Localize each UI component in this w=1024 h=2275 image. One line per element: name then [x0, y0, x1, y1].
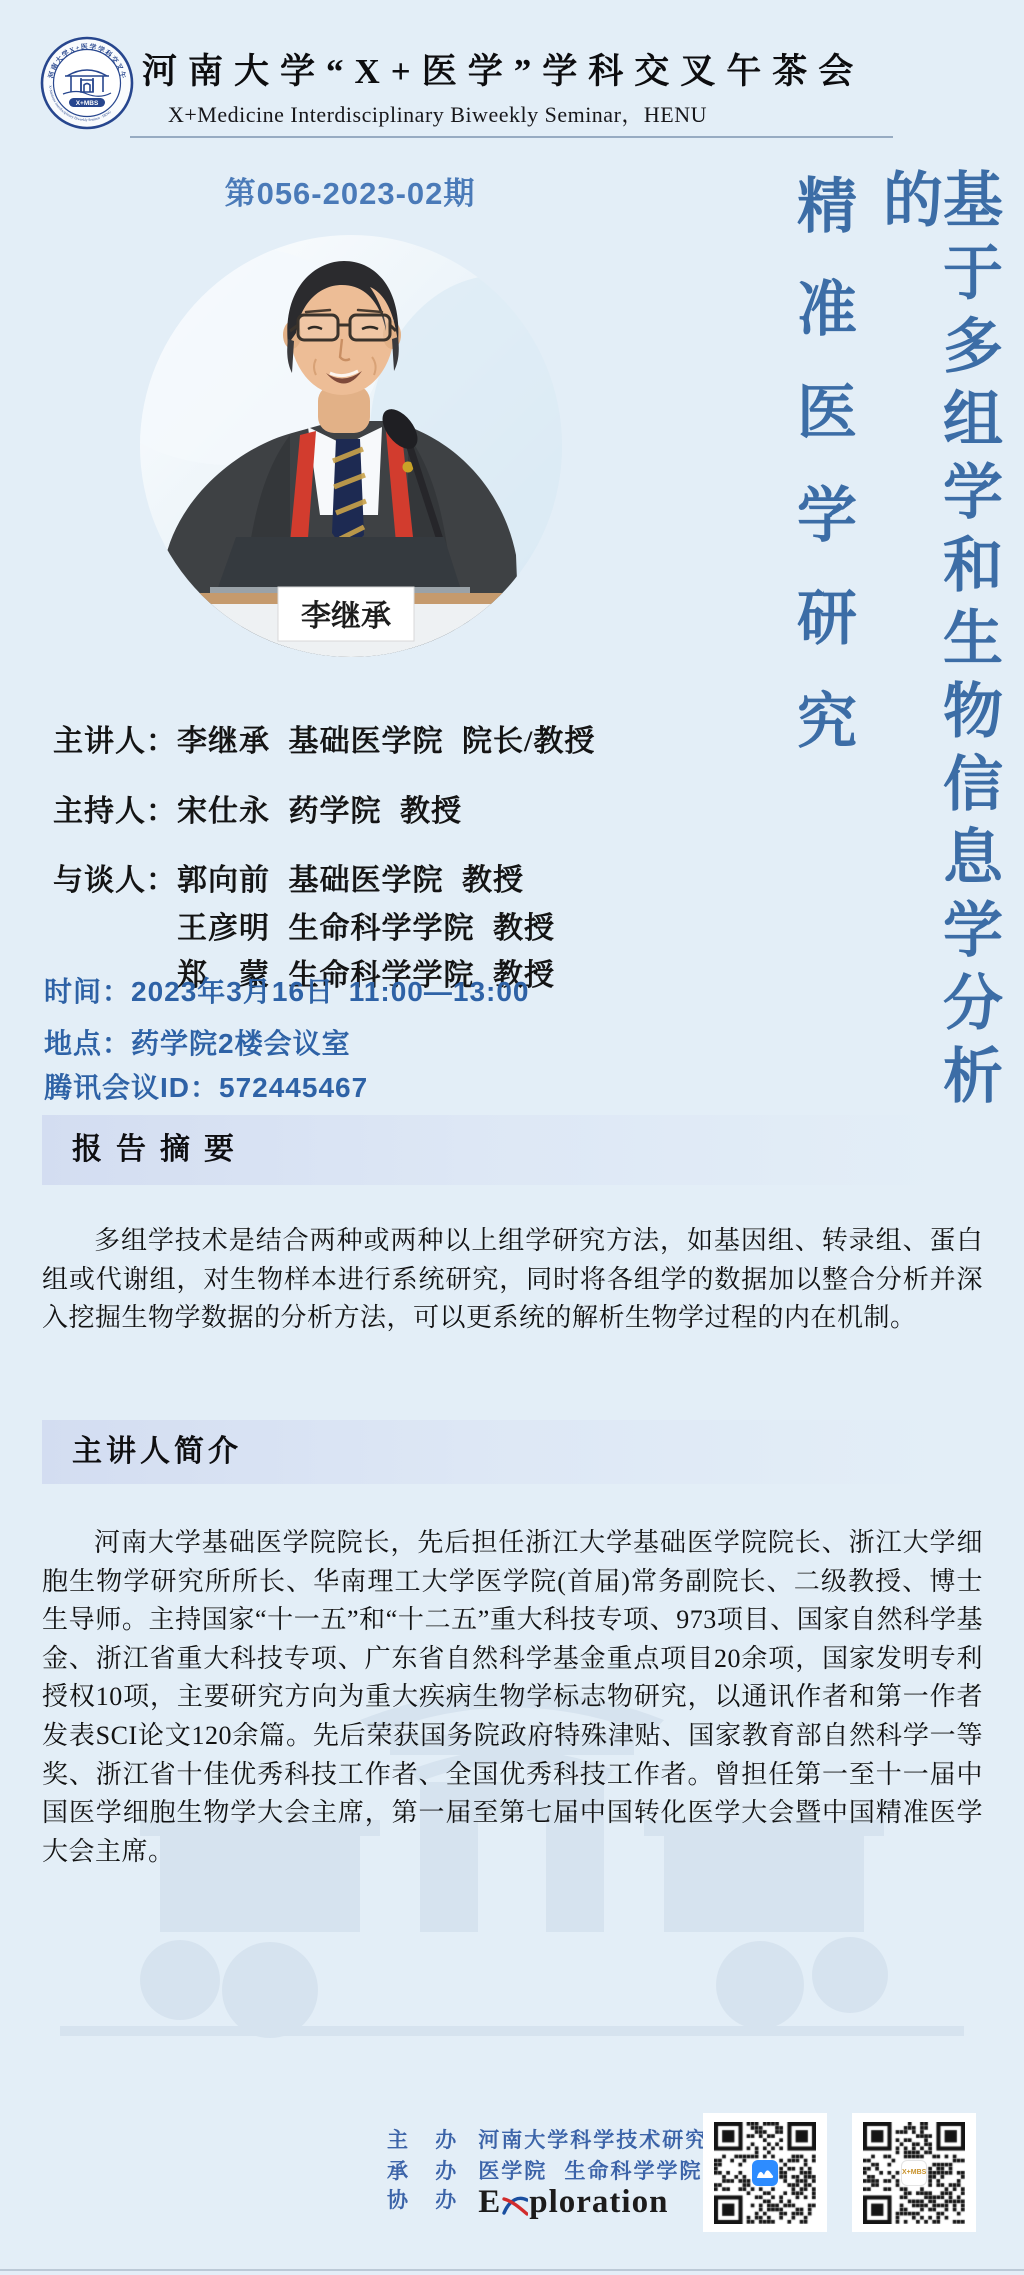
- host-value: 宋仕永 药学院 教授: [177, 795, 462, 828]
- xmbs-qr-center-logo: X+MBS: [901, 2160, 927, 2186]
- footer-organizer-label: 承 办: [387, 2159, 462, 2183]
- speaker-value: 李继承 基础医学院 院长/教授: [177, 725, 595, 758]
- footer-host-row: 主 办河南大学科学技术研究院: [387, 2124, 731, 2154]
- speaker-label: 主讲人：: [53, 725, 177, 758]
- meeting-id-row: 腾讯会议ID：572445467: [44, 1066, 368, 1106]
- footer-coorganizer-label: 协 办: [387, 2188, 462, 2212]
- vertical-title-line2: 精准医学研究: [792, 174, 852, 1074]
- bio-heading: 主讲人简介: [42, 1420, 984, 1484]
- speaker-photo: 李继承: [140, 235, 562, 657]
- vertical-title-line1: 基于多组学和生物信息学分析的: [878, 168, 998, 1148]
- henu-xmbs-logo: 河南大学X+医学学科交叉午茶会 X+Medicine Interdiscipli…: [40, 36, 134, 130]
- laptop: [216, 537, 462, 593]
- abstract-text: 多组学技术是结合两种或两种以上组学研究方法，如基因组、转录组、蛋白组或代谢组，对…: [42, 1222, 983, 1338]
- venue-label: 地点：: [44, 1028, 131, 1059]
- discussant-value: 王彦明 生命科学学院 教授: [177, 912, 555, 945]
- issue-number: 第056-2023-02期: [190, 168, 510, 213]
- seminar-poster: 河南大学X+医学学科交叉午茶会 X+Medicine Interdiscipli…: [0, 0, 1024, 2275]
- bottom-divider: [0, 2269, 1024, 2271]
- host-label: 主持人：: [53, 795, 177, 828]
- footer-organizer-row: 承 办医学院 生命科学学院: [387, 2155, 703, 2185]
- meeting-id-label: 腾讯会议ID：: [44, 1072, 219, 1103]
- xmbs-qr-logo-text: X+MBS: [902, 2169, 926, 2176]
- bio-text: 河南大学基础医学院院长，先后担任浙江大学基础医学院院长、浙江大学细胞生物学研究所…: [42, 1524, 983, 1871]
- name-card: 李继承: [278, 587, 414, 641]
- abstract-section-bar: 报告摘要: [42, 1115, 984, 1185]
- discussant-row: 王彦明 生命科学学院 教授: [53, 903, 555, 947]
- time-value: 2023年3月16日 11:00—13:00: [131, 976, 529, 1007]
- logo-banner-text: X+MBS: [76, 100, 99, 107]
- header-divider: [130, 136, 893, 138]
- speaker-row: 主讲人：李继承 基础医学院 院长/教授: [53, 716, 595, 760]
- footer-organizer-value: 医学院 生命科学学院: [478, 2159, 702, 2183]
- time-label: 时间：: [44, 976, 131, 1007]
- abstract-heading: 报告摘要: [42, 1115, 984, 1185]
- footer-host-value: 河南大学科学技术研究院: [478, 2128, 731, 2152]
- footer-host-label: 主 办: [387, 2128, 462, 2152]
- discussant-value: 郭向前 基础医学院 教授: [177, 864, 524, 897]
- qr-card-xmbs-account: X+MBS: [852, 2113, 976, 2232]
- poster-subtitle: X+Medicine Interdisciplinary Biweekly Se…: [168, 98, 788, 129]
- name-card-text: 李继承: [301, 600, 391, 633]
- exploration-logo: Eploration: [478, 2184, 668, 2221]
- exploration-prefix: E: [478, 2184, 501, 2221]
- qr-card-tencent-meeting: [703, 2113, 827, 2232]
- poster-title: 河南大学“X+医学”学科交叉午茶会: [142, 44, 802, 94]
- discussant-row: 与谈人：郭向前 基础医学院 教授: [53, 855, 524, 899]
- time-row: 时间：2023年3月16日 11:00—13:00: [44, 970, 529, 1010]
- discussants-label: 与谈人：: [53, 864, 177, 897]
- host-row: 主持人：宋仕永 药学院 教授: [53, 786, 462, 830]
- footer-coorganizer-row: 协 办Eploration: [387, 2184, 668, 2221]
- meeting-id-value: 572445467: [219, 1072, 368, 1103]
- venue-row: 地点：药学院2楼会议室: [44, 1022, 351, 1062]
- exploration-x-icon: [502, 2193, 528, 2217]
- venue-value: 药学院2楼会议室: [131, 1028, 351, 1059]
- bio-section-bar: 主讲人简介: [42, 1420, 984, 1484]
- exploration-suffix: ploration: [529, 2184, 668, 2221]
- tencent-meeting-icon: [752, 2160, 778, 2186]
